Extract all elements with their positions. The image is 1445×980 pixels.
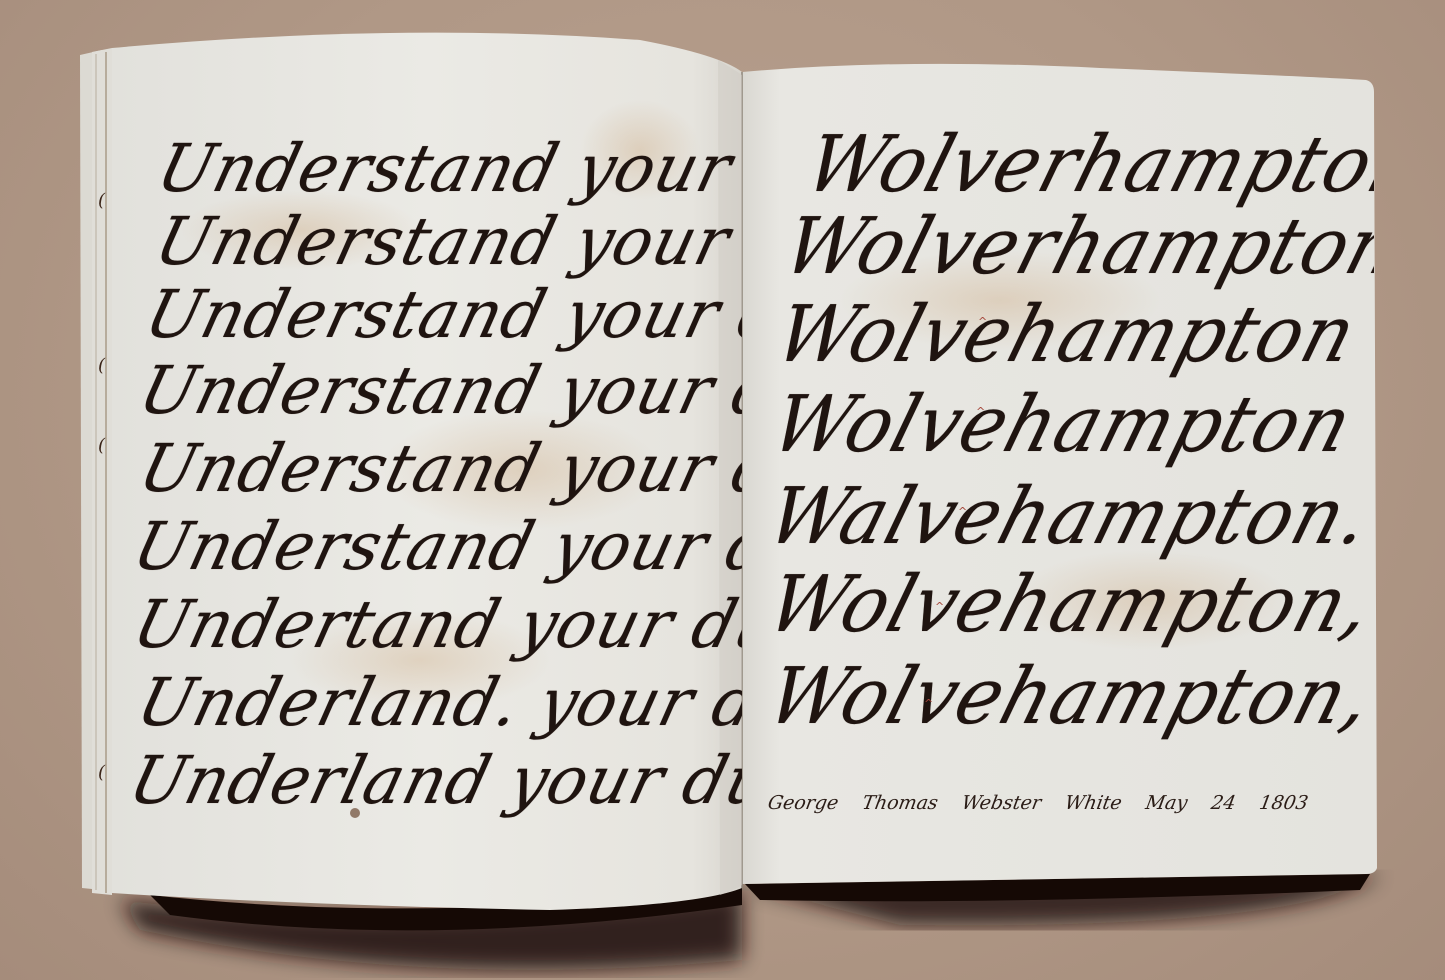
copybook-photo: ( ( ( ( Understand your duty Understand … — [0, 0, 1445, 980]
handwriting-line: Wolvehampton — [766, 290, 1366, 380]
left-edge-mark: ( — [98, 435, 105, 456]
left-edge-mark: ( — [98, 762, 105, 783]
handwriting-line: Underland. your duty — [130, 664, 742, 741]
handwriting-line: Understand your duty — [150, 130, 742, 207]
red-correction-mark: ^ — [924, 697, 933, 710]
handwriting-line: Understand your duty — [132, 430, 742, 507]
handwriting-line: Underland your duty — [122, 742, 742, 819]
red-correction-mark: ^ — [976, 405, 985, 418]
red-correction-mark: ^ — [935, 600, 944, 613]
handwriting-line: Wolvehampton — [762, 380, 1362, 470]
left-edge-mark: ( — [98, 190, 105, 211]
handwriting-line: Walvehampton. — [758, 472, 1374, 562]
left-edge-mark: ( — [98, 355, 105, 376]
handwriting-line: Understand your du — [148, 203, 742, 280]
handwriting-line: Undertand your duty — [126, 586, 742, 663]
handwriting-line: Wolverhampton — [796, 120, 1374, 210]
left-page: Understand your duty Understand your du … — [112, 30, 742, 900]
red-correction-mark: ^ — [978, 315, 987, 328]
handwriting-line: Wolverhampton — [774, 202, 1374, 292]
handwriting-line: Wolvehampton, — [758, 560, 1374, 650]
handwriting-line: Wolvehampton, — [758, 652, 1374, 742]
handwriting-line: Understand your du — [126, 508, 742, 585]
right-page: Wolverhampton Wolverhampton Wolvehampton… — [744, 62, 1374, 882]
signature-line: George Thomas Webster White May 24 1803 — [766, 792, 1310, 814]
red-correction-mark: ^ — [958, 505, 967, 518]
handwriting-line: Understand your duty — [132, 352, 742, 429]
handwriting-line: Understand your duty — [138, 276, 742, 353]
